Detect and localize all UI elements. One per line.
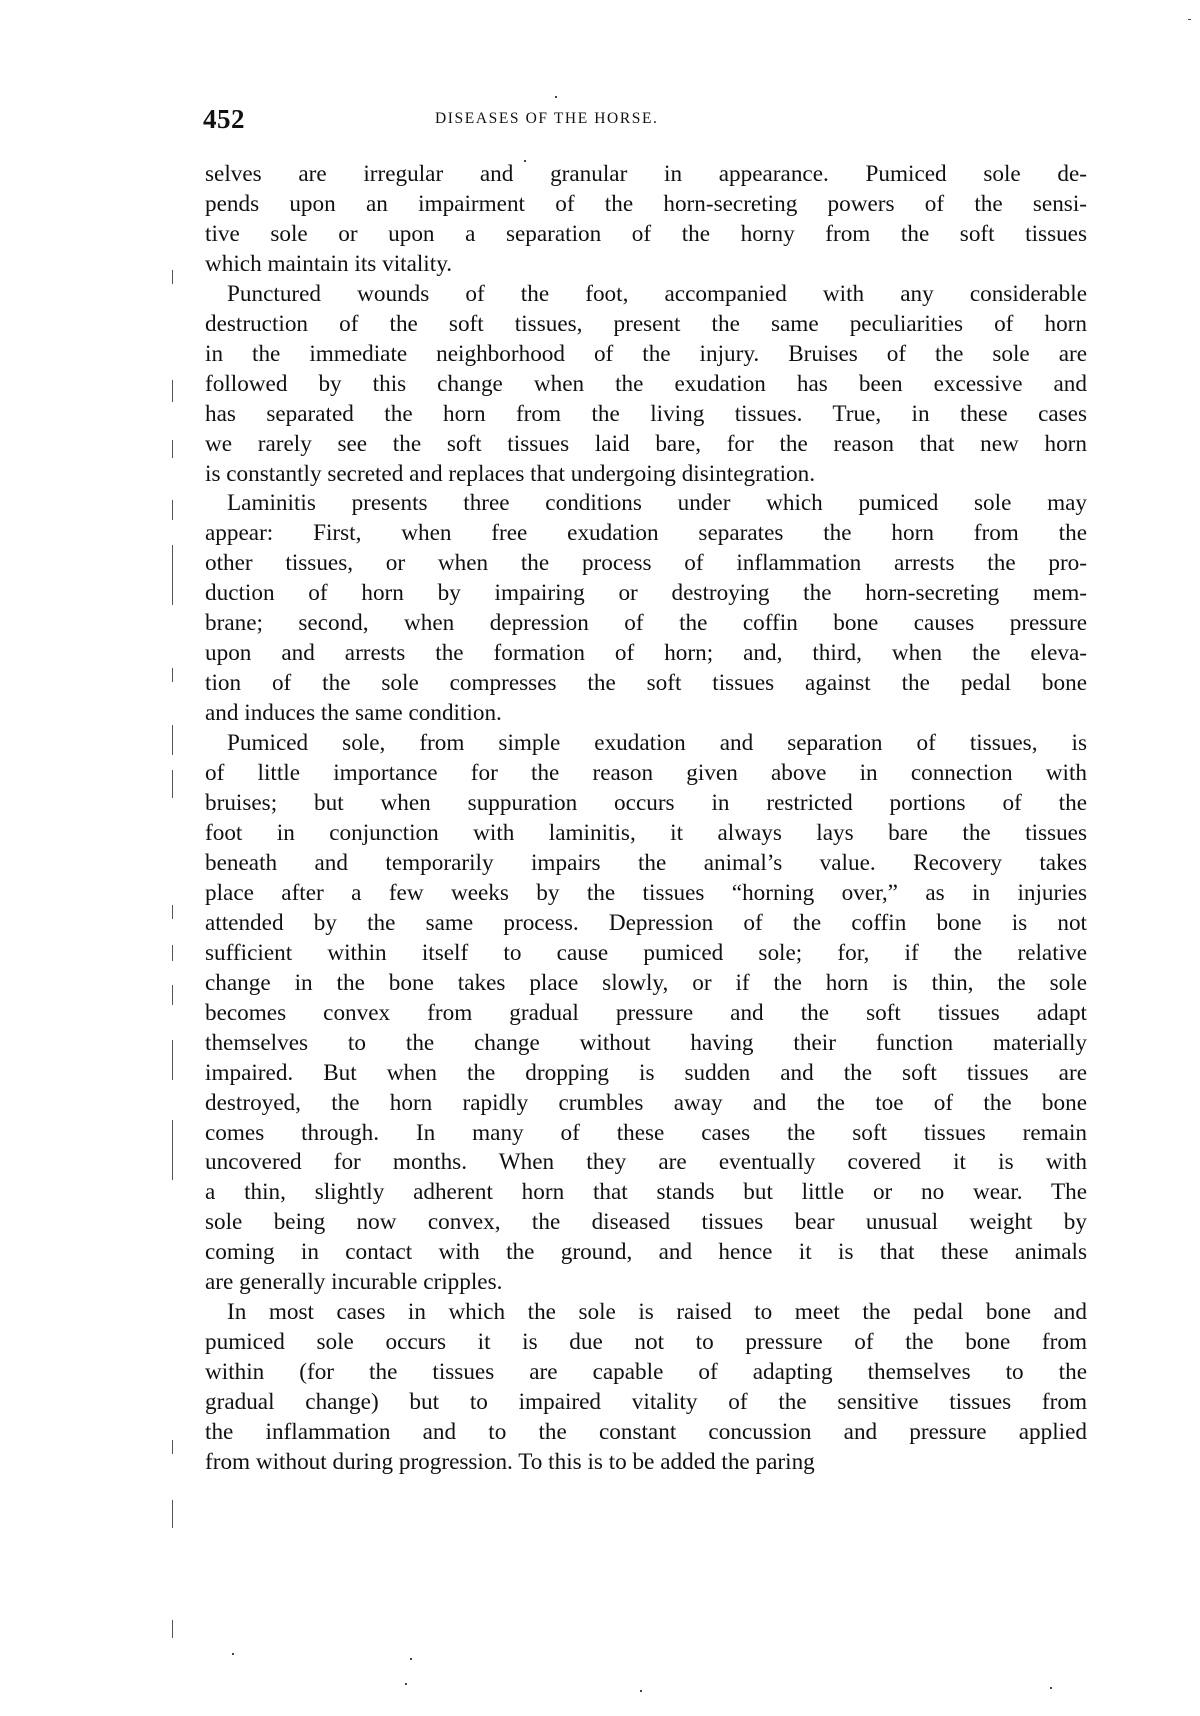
scan-mark	[172, 945, 173, 961]
text-line: change in the bone takes place slowly, o…	[205, 969, 1087, 999]
scan-mark	[172, 985, 173, 1005]
scan-speck	[1050, 1687, 1052, 1689]
running-title: DISEASES OF THE HORSE.	[435, 110, 659, 128]
text-line: destruction of the soft tissues, present…	[205, 310, 1087, 340]
text-line: brane; second, when depression of the co…	[205, 609, 1087, 639]
text-line: followed by this change when the exudati…	[205, 370, 1087, 400]
text-line: place after a few weeks by the tissues “…	[205, 879, 1087, 909]
scan-mark	[172, 668, 173, 682]
paragraph: In most cases in which the sole is raise…	[205, 1298, 1087, 1478]
text-line: duction of horn by impairing or destroyi…	[205, 579, 1087, 609]
scan-mark	[172, 725, 173, 755]
text-line: and induces the same condition.	[205, 699, 1087, 729]
text-line: bruises; but when suppuration occurs in …	[205, 789, 1087, 819]
text-line: pends upon an impairment of the horn-sec…	[205, 190, 1087, 220]
scan-speck	[1188, 19, 1191, 20]
text-line: tion of the sole compresses the soft tis…	[205, 669, 1087, 699]
text-line: tive sole or upon a separation of the ho…	[205, 220, 1087, 250]
text-line: has separated the horn from the living t…	[205, 400, 1087, 430]
text-line: uncovered for months. When they are even…	[205, 1148, 1087, 1178]
text-line: is constantly secreted and replaces that…	[205, 460, 1087, 490]
scan-mark	[172, 500, 173, 520]
text-line: comes through. In many of these cases th…	[205, 1119, 1087, 1149]
scan-speck	[410, 1658, 412, 1660]
text-line: Pumiced sole, from simple exudation and …	[205, 729, 1087, 759]
text-line: within (for the tissues are capable of a…	[205, 1358, 1087, 1388]
text-line: the inflammation and to the constant con…	[205, 1418, 1087, 1448]
page-number: 452	[203, 104, 245, 135]
text-line: themselves to the change without having …	[205, 1029, 1087, 1059]
text-line: attended by the same process. Depression…	[205, 909, 1087, 939]
text-line: we rarely see the soft tissues laid bare…	[205, 430, 1087, 460]
paragraph: Pumiced sole, from simple exudation and …	[205, 729, 1087, 1298]
scan-mark	[172, 1440, 173, 1454]
paragraph: Laminitis presents three conditions unde…	[205, 489, 1087, 729]
text-line: beneath and temporarily impairs the anim…	[205, 849, 1087, 879]
text-line: appear: First, when free exudation separ…	[205, 519, 1087, 549]
text-line: Laminitis presents three conditions unde…	[205, 489, 1087, 519]
scan-mark	[172, 770, 173, 798]
paragraph: Punctured wounds of the foot, accompanie…	[205, 280, 1087, 490]
text-line: other tissues, or when the process of in…	[205, 549, 1087, 579]
text-line: from without during progression. To this…	[205, 1448, 1087, 1478]
text-line: Punctured wounds of the foot, accompanie…	[205, 280, 1087, 310]
text-line: foot in conjunction with laminitis, it a…	[205, 819, 1087, 849]
scan-speck	[555, 96, 557, 98]
text-line: coming in contact with the ground, and h…	[205, 1238, 1087, 1268]
book-page: 452 DISEASES OF THE HORSE. selves are ir…	[0, 0, 1200, 1716]
scan-mark	[172, 545, 173, 605]
scan-speck	[640, 1690, 642, 1692]
scan-mark	[172, 1120, 173, 1180]
text-line: selves are irregular and granular in app…	[205, 160, 1087, 190]
text-line: which maintain its vitality.	[205, 250, 1087, 280]
text-line: of little importance for the reason give…	[205, 759, 1087, 789]
text-line: upon and arrests the formation of horn; …	[205, 639, 1087, 669]
scan-mark	[172, 440, 173, 458]
text-line: sufficient within itself to cause pumice…	[205, 939, 1087, 969]
scan-mark	[172, 1500, 173, 1528]
scan-mark	[172, 905, 173, 919]
text-line: destroyed, the horn rapidly crumbles awa…	[205, 1089, 1087, 1119]
text-line: gradual change) but to impaired vitality…	[205, 1388, 1087, 1418]
text-line: impaired. But when the dropping is sudde…	[205, 1059, 1087, 1089]
scan-mark	[172, 270, 173, 284]
scan-mark	[172, 1620, 173, 1638]
text-line: a thin, slightly adherent horn that stan…	[205, 1178, 1087, 1208]
text-line: are generally incurable cripples.	[205, 1268, 1087, 1298]
scan-mark	[172, 380, 173, 402]
scan-speck	[232, 1653, 234, 1655]
paragraph: selves are irregular and granular in app…	[205, 160, 1087, 280]
text-line: pumiced sole occurs it is due not to pre…	[205, 1328, 1087, 1358]
text-line: becomes convex from gradual pressure and…	[205, 999, 1087, 1029]
scan-mark	[172, 1040, 173, 1080]
text-line: in the immediate neighborhood of the inj…	[205, 340, 1087, 370]
running-head: 452 DISEASES OF THE HORSE.	[203, 104, 1087, 136]
scan-speck	[405, 1683, 407, 1685]
text-line: sole being now convex, the diseased tiss…	[205, 1208, 1087, 1238]
text-line: In most cases in which the sole is raise…	[205, 1298, 1087, 1328]
body-text: selves are irregular and granular in app…	[205, 160, 1087, 1478]
